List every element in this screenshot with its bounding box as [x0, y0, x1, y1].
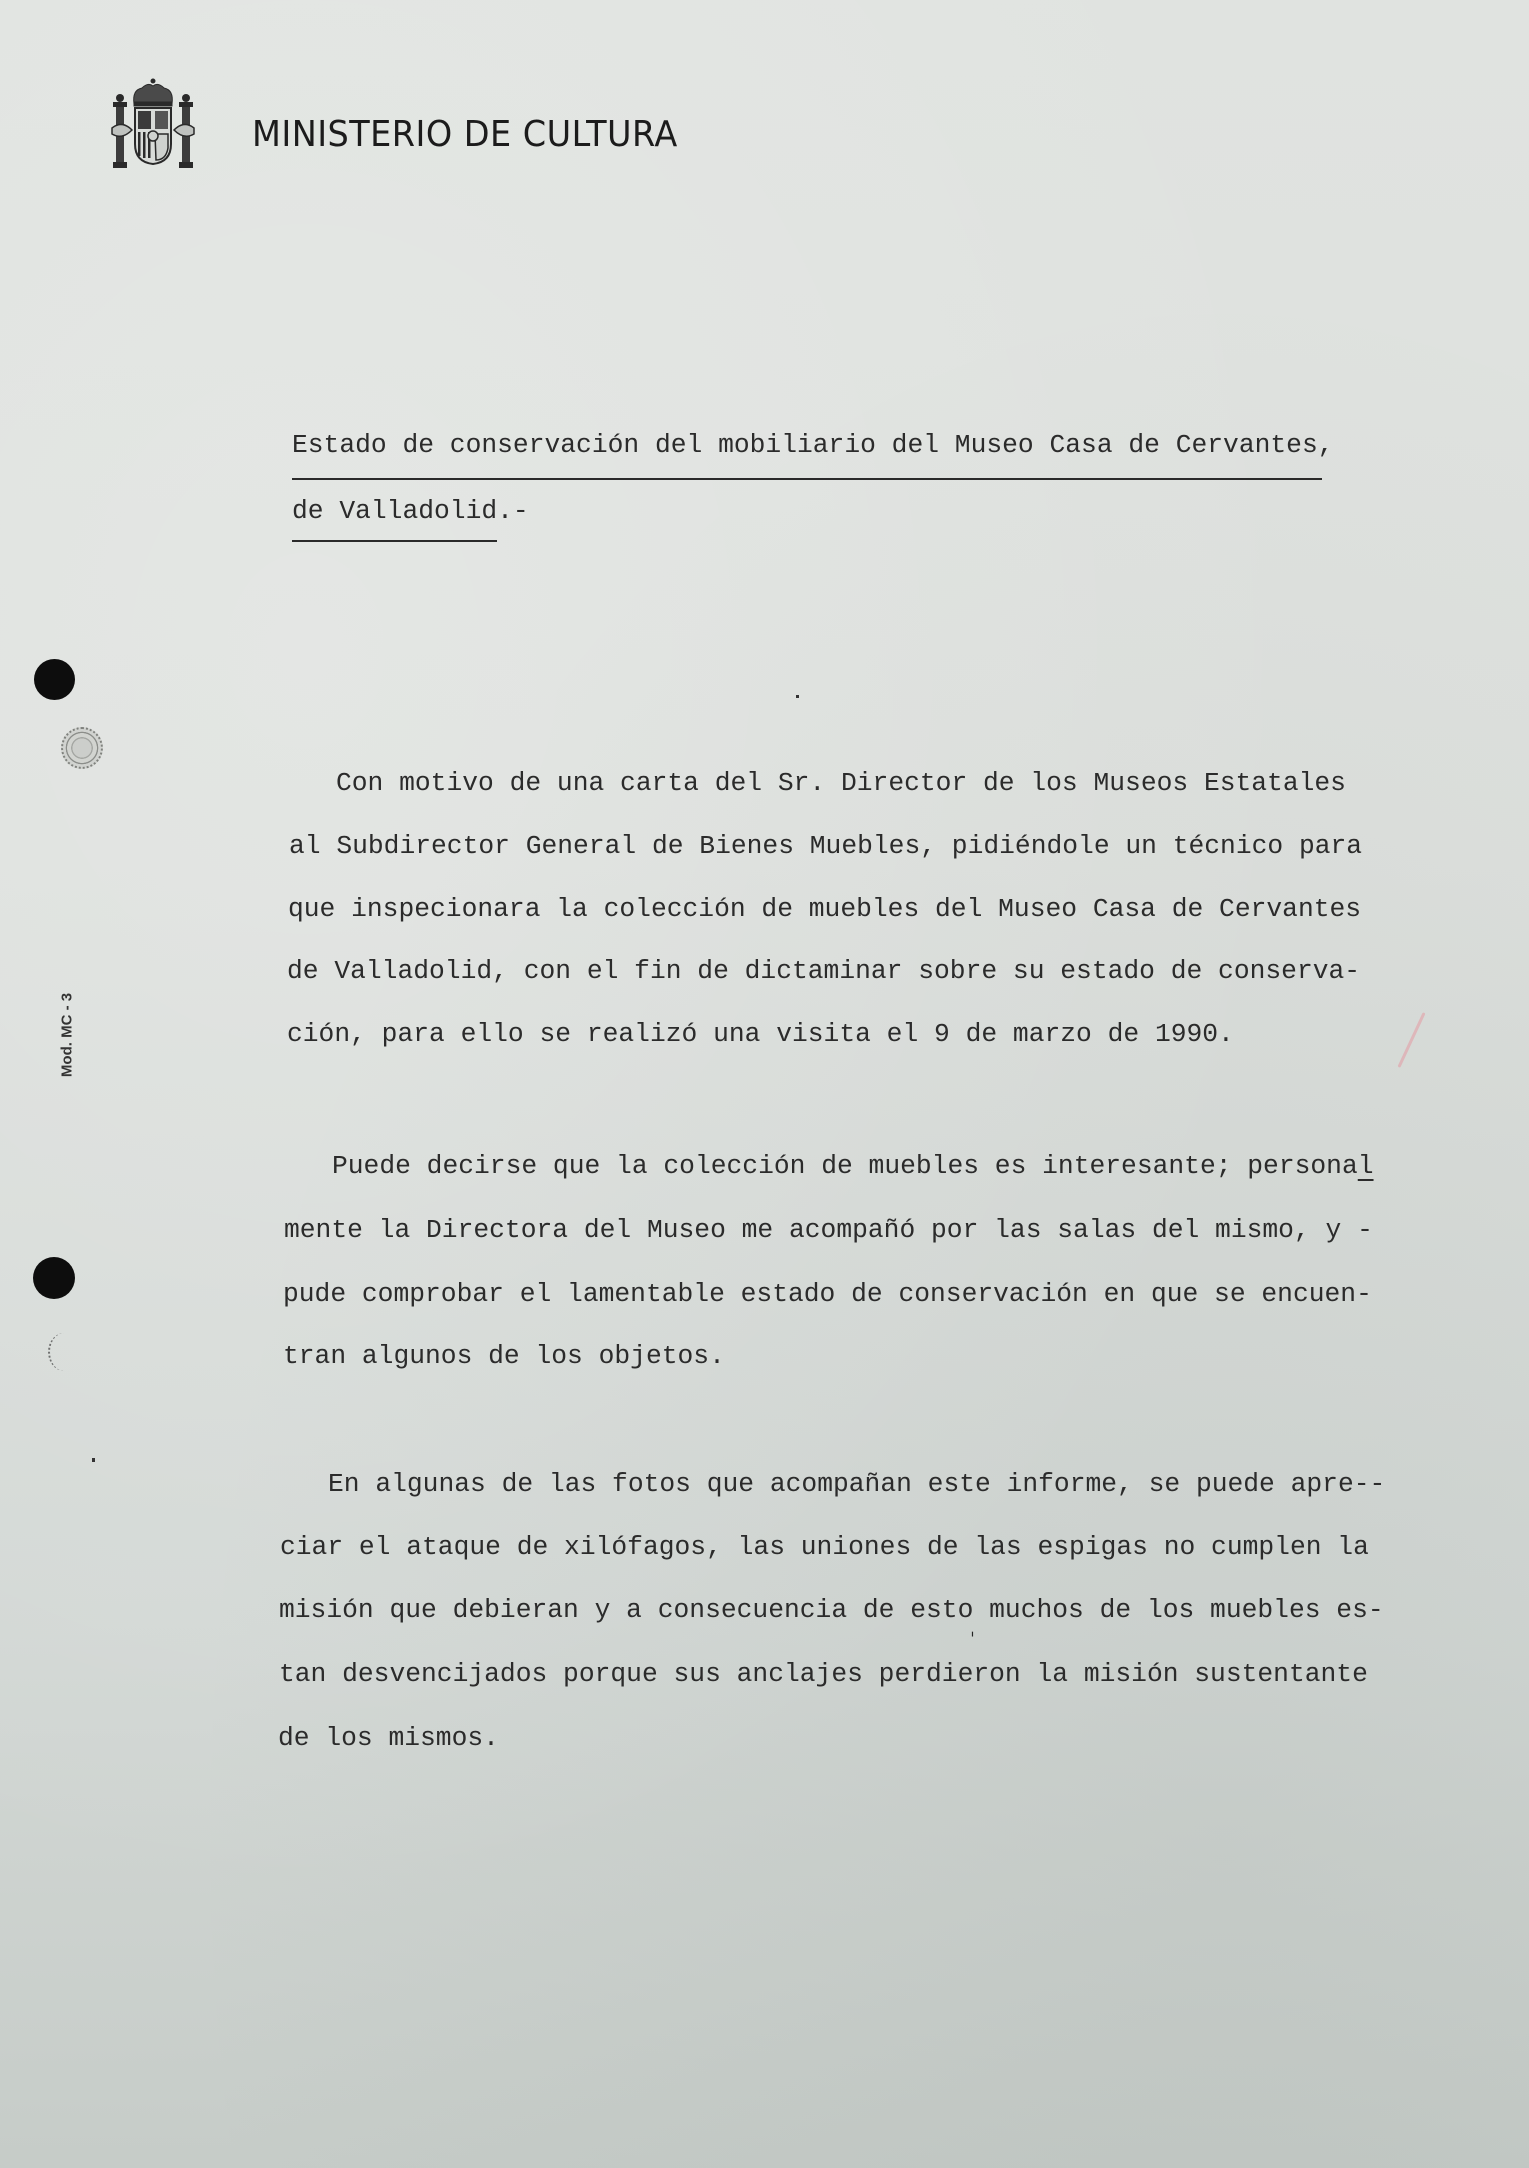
- paragraph-3-line-5: de los mismos.: [278, 1725, 499, 1751]
- paragraph-3-line-4: tan desvencijados porque sus anclajes pe…: [279, 1661, 1368, 1687]
- paragraph-1-line-2: al Subdirector General de Bienes Muebles…: [289, 833, 1362, 859]
- subject-line-2: de Valladolid.-: [292, 498, 529, 524]
- paragraph-3-line-2: ciar el ataque de xilófagos, las uniones…: [280, 1534, 1369, 1560]
- pink-ink-mark: [1397, 1012, 1425, 1068]
- punch-hole-top: [34, 659, 75, 700]
- form-code-label: Mod. MC - 3: [59, 993, 76, 1077]
- paper-speck: [796, 695, 799, 698]
- ministry-name: MINISTERIO DE CULTURA: [252, 114, 678, 155]
- paragraph-2-line-1-text: Puede decirse que la colección de mueble…: [332, 1151, 1358, 1181]
- spanish-coat-of-arms-icon: [110, 78, 196, 170]
- paragraph-2-line-2: mente la Directora del Museo me acompañó…: [284, 1217, 1373, 1243]
- faint-punch-hole-bottom: [48, 1333, 80, 1371]
- punch-hole-bottom: [33, 1257, 75, 1299]
- subject-line-1: Estado de conservación del mobiliario de…: [292, 432, 1334, 458]
- paragraph-1-line-5: ción, para ello se realizó una visita el…: [287, 1021, 1234, 1047]
- paragraph-3-line-1: En algunas de las fotos que acompañan es…: [328, 1471, 1385, 1497]
- paragraph-2-line-1: Puede decirse que la colección de mueble…: [332, 1153, 1374, 1179]
- subject-underline-1: [292, 478, 1322, 480]
- paragraph-2-line-3: pude comprobar el lamentable estado de c…: [283, 1281, 1372, 1307]
- subject-underline-2: [292, 540, 497, 542]
- faint-punch-hole-top: [61, 727, 103, 769]
- paragraph-1-line-3: que inspecionara la colección de muebles…: [288, 896, 1361, 922]
- paper-speck: [92, 1458, 95, 1462]
- handwritten-comma-mark: ˌ: [970, 1618, 975, 1639]
- continuation-mark: l: [1358, 1151, 1374, 1181]
- paragraph-3-line-3: misión que debieran y a consecuencia de …: [279, 1597, 1384, 1623]
- paper-texture: [0, 0, 1529, 2168]
- paragraph-1-line-4: de Valladolid, con el fin de dictaminar …: [287, 958, 1360, 984]
- paragraph-2-line-4: tran algunos de los objetos.: [283, 1343, 725, 1369]
- paragraph-1-line-1: Con motivo de una carta del Sr. Director…: [336, 770, 1346, 796]
